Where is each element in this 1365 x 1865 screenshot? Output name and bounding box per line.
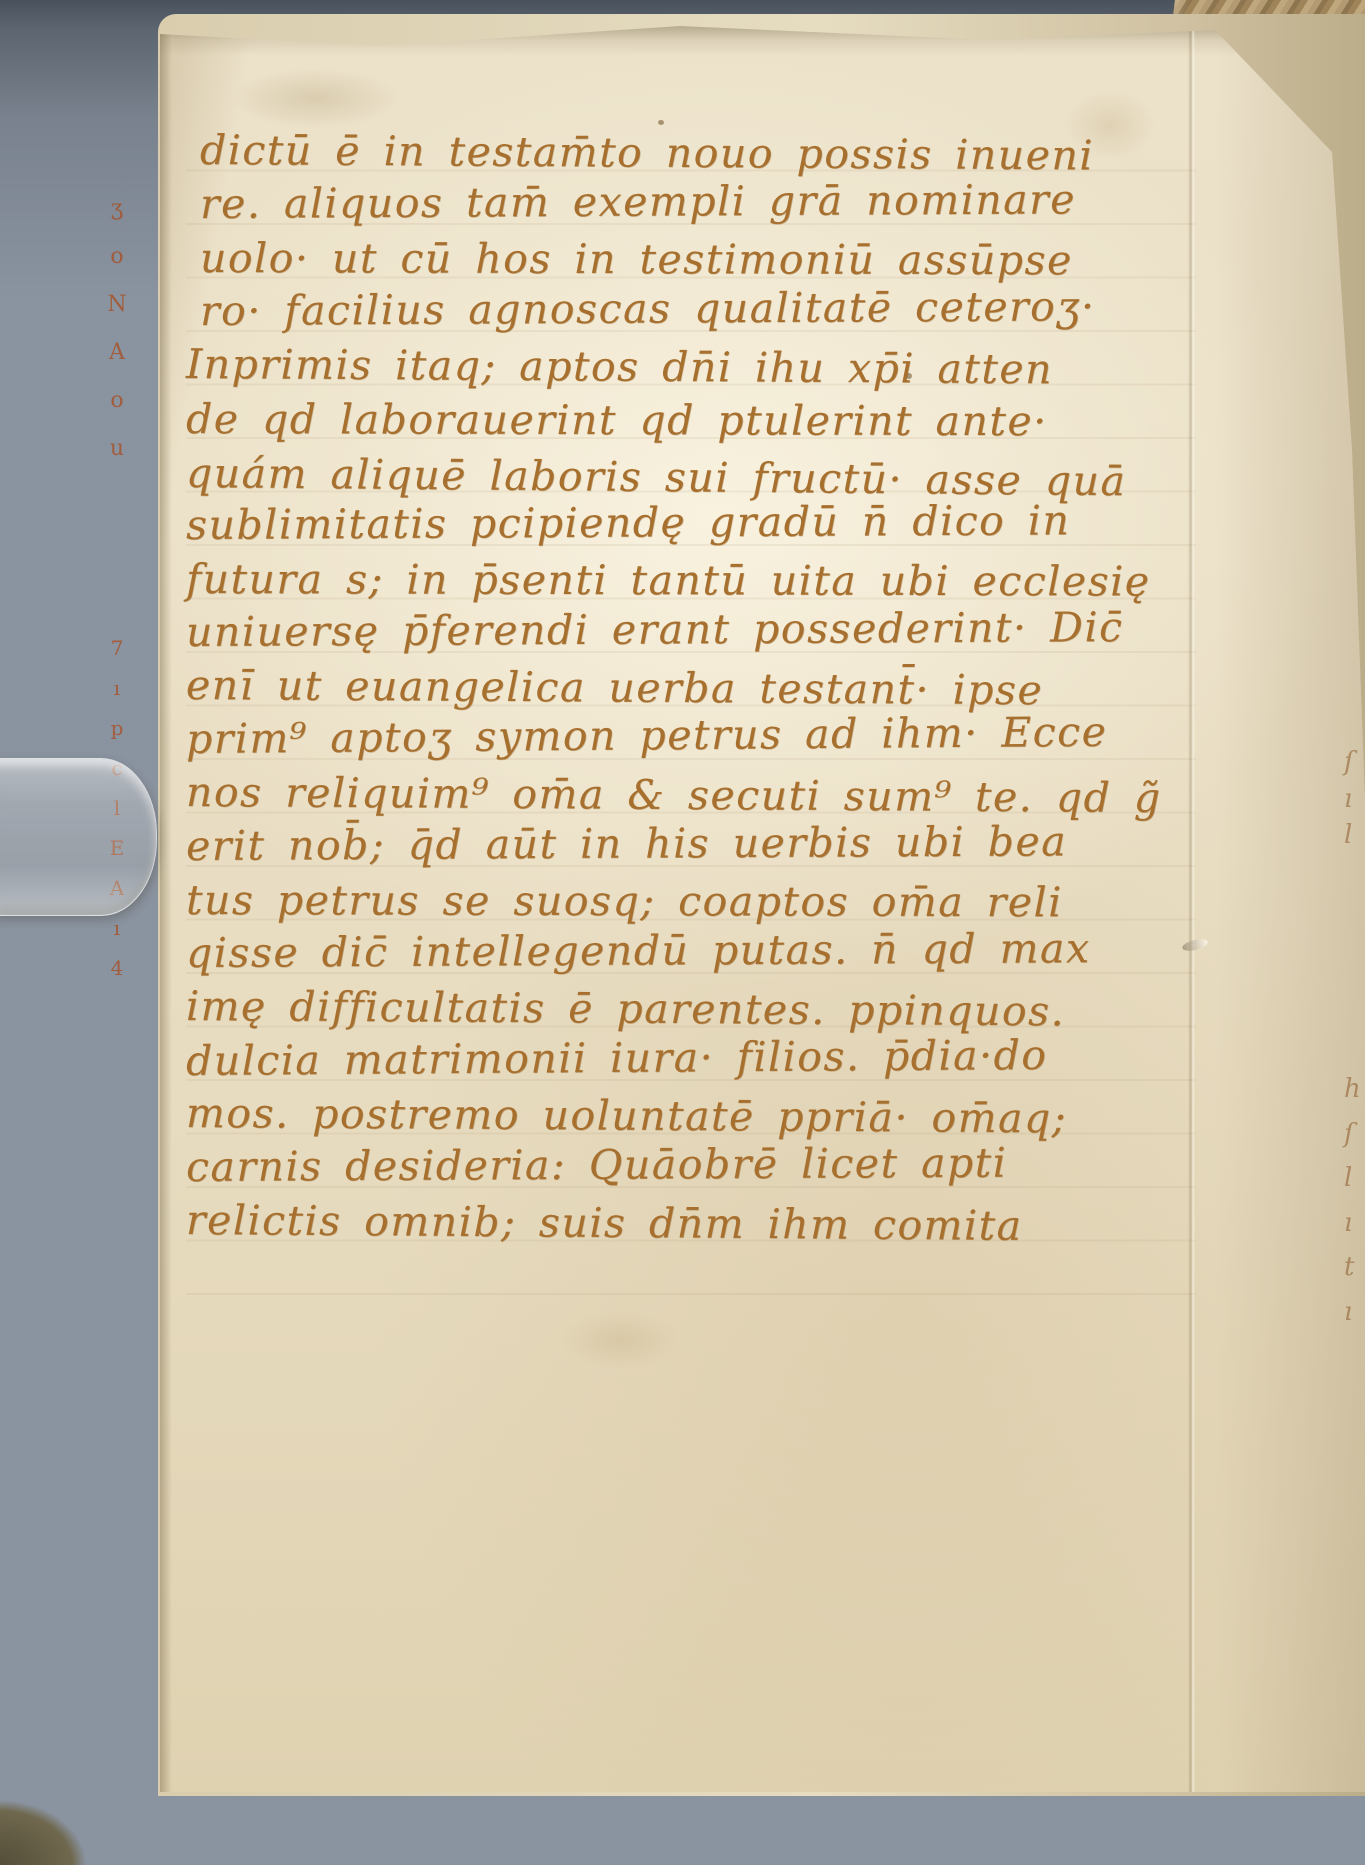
stain — [560, 1310, 680, 1370]
fore-edge-letter: o — [110, 246, 123, 268]
vertical-crease — [1188, 20, 1195, 1792]
fore-edge-letter: ı — [114, 678, 120, 698]
manuscript-line: futura s; in p̄senti tantū uita ubi eccl… — [186, 553, 1100, 609]
fore-edge-letter: ʒ — [111, 198, 123, 220]
bottom-left-corner-stack — [0, 1755, 150, 1865]
fore-edge-letter: o — [110, 390, 123, 412]
manuscript-line: prim⁹ aptoʒ symon petrus ad ihm· Ecce — [186, 705, 1100, 766]
facing-page-mark: ı — [1344, 785, 1365, 814]
manuscript-line: erit nob̄; q̄d aūt in his uerbis ubi bea — [186, 815, 1100, 873]
facing-page-text-marks-lower: hſlıtı — [1344, 1075, 1365, 1327]
facing-page-mark: l — [1344, 1164, 1365, 1193]
manuscript-line: qisse dic̄ intellegendū putas. n̄ qd max — [186, 922, 1100, 980]
facing-page-mark: ſ — [1344, 748, 1365, 777]
manuscript-line: de qd laborauerint qd ptulerint ante· — [186, 393, 1100, 449]
transparent-page-weight-clip — [0, 758, 157, 916]
fore-edge-letter: N — [107, 294, 126, 316]
parchment-page: dictū ē in testam̄to nouo possis inuenir… — [160, 20, 1365, 1792]
fore-edge-letter: A — [109, 342, 125, 364]
manuscript-line: tus petrus se suosq; coaptos om̄a reli — [186, 874, 1100, 930]
manuscript-line: uolo· ut cū hos in testimoniū assūpse — [200, 232, 1100, 288]
manuscript-line: Inprimis itaq; aptos dn̄i ihu xp̄i atten — [186, 338, 1100, 397]
fore-edge-letter: ı — [114, 918, 120, 938]
facing-page-mark: ı — [1344, 1209, 1365, 1238]
manuscript-line: sublimitatis pcipiendę gradū n̄ dico in — [186, 494, 1100, 552]
facing-page-mark: t — [1344, 1253, 1365, 1282]
manuscript-text-block: dictū ē in testam̄to nouo possis inuenir… — [200, 124, 1100, 1248]
manuscript-line: uniuersę p̄ferendi erant possederint· Di… — [186, 601, 1100, 659]
fore-edge-letter: p — [111, 718, 124, 738]
facing-page-mark: ſ — [1344, 1120, 1365, 1149]
manuscript-line: ro· facilius agnoscas qualitatē ceteroʒ· — [200, 280, 1100, 338]
facing-page-mark: ı — [1344, 1298, 1365, 1327]
manuscript-line: relictis omnib; suis dn̄m ihm comita — [186, 1194, 1100, 1254]
manuscript-photo: ʒoNAou 7ıpclEAı4 dictū ē in testam̄to no… — [0, 0, 1365, 1865]
stain — [230, 68, 400, 128]
fore-edge-letter: 4 — [111, 958, 124, 978]
fore-edge-ink-letters-upper: ʒoNAou — [100, 198, 134, 460]
manuscript-line: carnis desideria: Quāobrē licet apti — [186, 1136, 1100, 1194]
manuscript-line: dulcia matrimonii iura· filios. p̄dia·do — [186, 1028, 1100, 1088]
manuscript-line: re. aliquos tam̄ exempli grā nominare — [200, 173, 1100, 231]
facing-page-mark: l — [1344, 821, 1365, 850]
fore-edge-letter: 7 — [111, 638, 124, 658]
facing-page-mark: h — [1344, 1075, 1365, 1104]
page-left-edge-shadow — [160, 20, 172, 1792]
facing-page-text-marks-upper: ſıl — [1344, 748, 1365, 850]
fore-edge-letter: u — [110, 438, 124, 460]
